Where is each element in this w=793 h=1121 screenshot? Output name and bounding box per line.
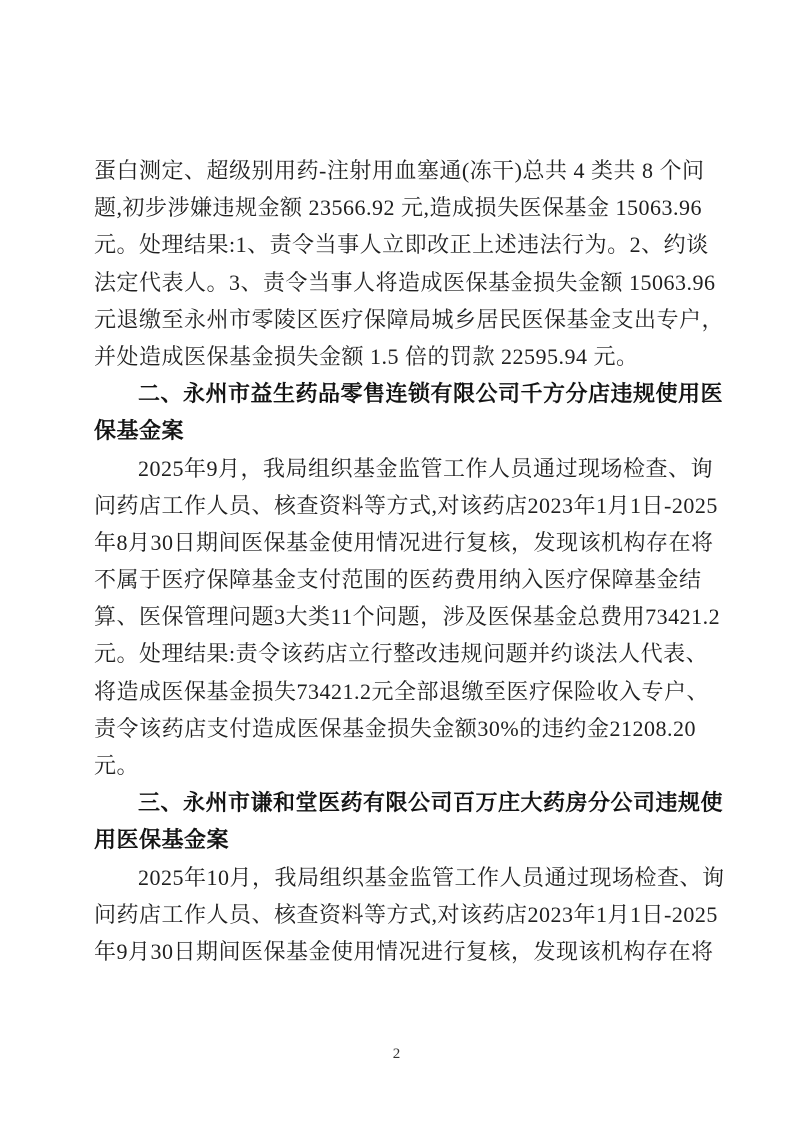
case3-paragraph-line: 年9月30日期间医保基金使用情况进行复核，发现该机构存在将: [94, 933, 696, 970]
case1-result-line: 法定代表人。3、责令当事人将造成医保基金损失金额 15063.96: [94, 264, 696, 301]
case1-result-line: 蛋白测定、超级别用药-注射用血塞通(冻干)总共 4 类共 8 个问: [94, 152, 696, 189]
case3-heading-line: 用医保基金案: [94, 821, 696, 858]
case2-heading-line: 保基金案: [94, 412, 696, 449]
case2-paragraph-line: 元。处理结果:责令该药店立行整改违规问题并约谈法人代表、: [94, 635, 696, 672]
case1-result-line: 元退缴至永州市零陵区医疗保障局城乡居民医保基金支出专户，: [94, 301, 696, 338]
case2-paragraph-line: 年8月30日期间医保基金使用情况进行复核，发现该机构存在将: [94, 524, 696, 561]
case2-heading-line: 二、永州市益生药品零售连锁有限公司千方分店违规使用医: [94, 375, 696, 412]
case2-paragraph-line: 算、医保管理问题3大类11个问题，涉及医保基金总费用73421.2: [94, 598, 696, 635]
case3-paragraph-line: 2025年10月，我局组织基金监管工作人员通过现场检查、询: [94, 859, 696, 896]
document-page: 蛋白测定、超级别用药-注射用血塞通(冻干)总共 4 类共 8 个问 题,初步涉嫌…: [0, 0, 793, 1121]
document-body: 蛋白测定、超级别用药-注射用血塞通(冻干)总共 4 类共 8 个问 题,初步涉嫌…: [94, 152, 696, 970]
case2-paragraph-line: 2025年9月，我局组织基金监管工作人员通过现场检查、询: [94, 450, 696, 487]
case3-paragraph-line: 问药店工作人员、核查资料等方式,对该药店2023年1月1日-2025: [94, 896, 696, 933]
case2-paragraph-line: 责令该药店支付造成医保基金损失金额30%的违约金21208.20: [94, 710, 696, 747]
case2-paragraph-line: 将造成医保基金损失73421.2元全部退缴至医疗保险收入专户、: [94, 673, 696, 710]
case1-result-line: 题,初步涉嫌违规金额 23566.92 元,造成损失医保基金 15063.96: [94, 189, 696, 226]
case1-result-line: 元。处理结果:1、责令当事人立即改正上述违法行为。2、约谈: [94, 226, 696, 263]
page-number: 2: [0, 1044, 793, 1064]
case2-paragraph-line: 问药店工作人员、核查资料等方式,对该药店2023年1月1日-2025: [94, 487, 696, 524]
case1-result-line: 并处造成医保基金损失金额 1.5 倍的罚款 22595.94 元。: [94, 338, 696, 375]
case3-heading-line: 三、永州市谦和堂医药有限公司百万庄大药房分公司违规使: [94, 784, 696, 821]
case2-paragraph-line: 元。: [94, 747, 696, 784]
case2-paragraph-line: 不属于医疗保障基金支付范围的医药费用纳入医疗保障基金结: [94, 561, 696, 598]
